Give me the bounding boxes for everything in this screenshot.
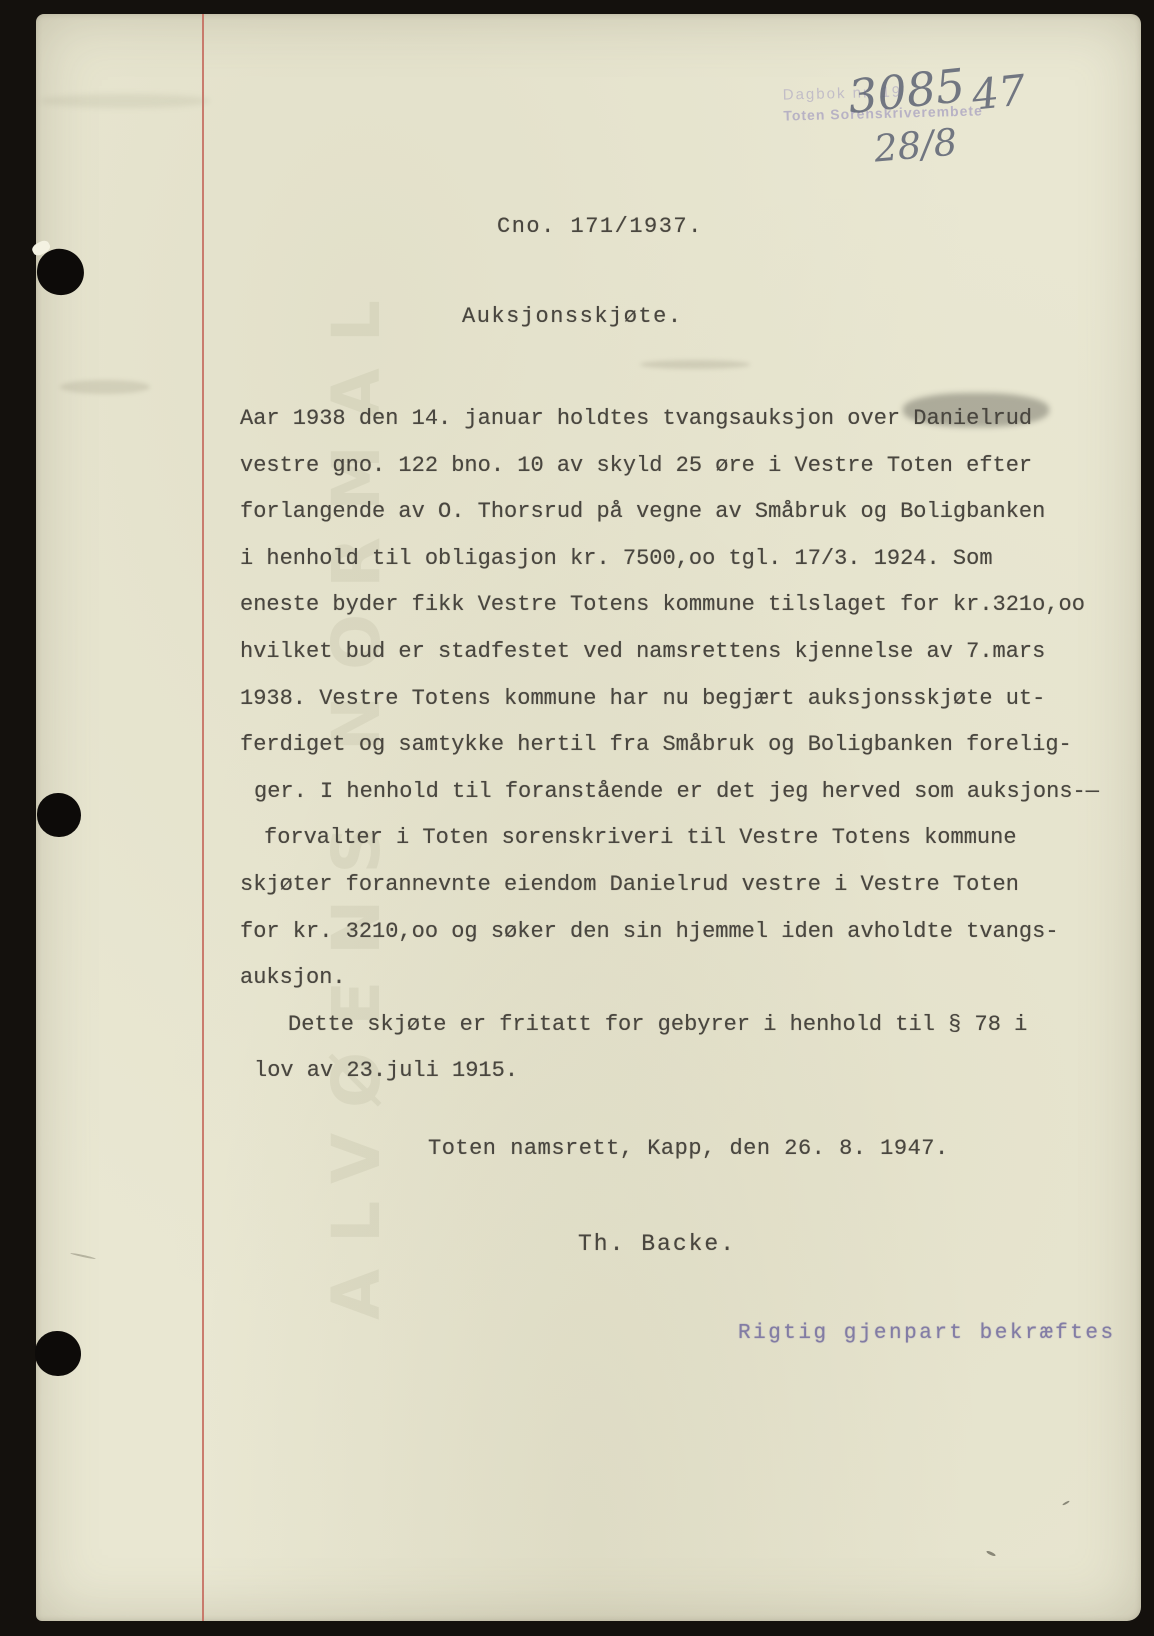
scanned-document-page: { "document": { "registry_stamp": { "lin… bbox=[0, 0, 1154, 1636]
body-line: vestre gno. 122 bno. 10 av skyld 25 øre … bbox=[240, 443, 1106, 490]
body-line: forlangende av O. Thorsrud på vegne av S… bbox=[240, 489, 1106, 536]
body-line: Aar 1938 den 14. januar holdtes tvangsau… bbox=[240, 396, 1106, 443]
punch-hole-bottom bbox=[35, 1331, 81, 1376]
body-line: skjøter forannevnte eiendom Danielrud ve… bbox=[240, 862, 1106, 909]
body-line: auksjon. bbox=[240, 955, 1106, 1002]
body-line: ferdiget og samtykke hertil fra Småbruk … bbox=[240, 722, 1106, 769]
document-body: Aar 1938 den 14. januar holdtes tvangsau… bbox=[240, 396, 1106, 1095]
handwritten-date: 28/8 bbox=[872, 120, 959, 170]
body-line: Dette skjøte er fritatt for gebyrer i he… bbox=[240, 1002, 1106, 1049]
body-line: hvilket bud er stadfestet ved namsretten… bbox=[240, 629, 1106, 676]
dateline: Toten namsrett, Kapp, den 26. 8. 1947. bbox=[428, 1136, 949, 1161]
body-line: eneste byder fikk Vestre Totens kommune … bbox=[240, 582, 1106, 629]
margin-line bbox=[202, 14, 204, 1621]
handwritten-year: 47 bbox=[970, 65, 1028, 119]
body-line: i henhold til obligasjon kr. 7500,oo tgl… bbox=[240, 536, 1106, 583]
body-line: forvalter i Toten sorenskriveri til Vest… bbox=[240, 815, 1106, 862]
body-line: 1938. Vestre Totens kommune har nu begjæ… bbox=[240, 676, 1106, 723]
case-number: Cno. 171/1937. bbox=[497, 214, 703, 239]
punch-hole-middle bbox=[37, 793, 81, 837]
signature: Th. Backe. bbox=[578, 1231, 736, 1257]
body-line: for kr. 3210,oo og søker den sin hjemmel… bbox=[240, 909, 1106, 956]
document-title: Auksjonsskjøte. bbox=[462, 304, 683, 329]
certification-stamp: Rigtig gjenpart bekræftes bbox=[738, 1322, 1116, 1345]
body-line: ger. I henhold til foranstående er det j… bbox=[240, 769, 1106, 816]
body-line: lov av 23.juli 1915. bbox=[240, 1048, 1106, 1095]
